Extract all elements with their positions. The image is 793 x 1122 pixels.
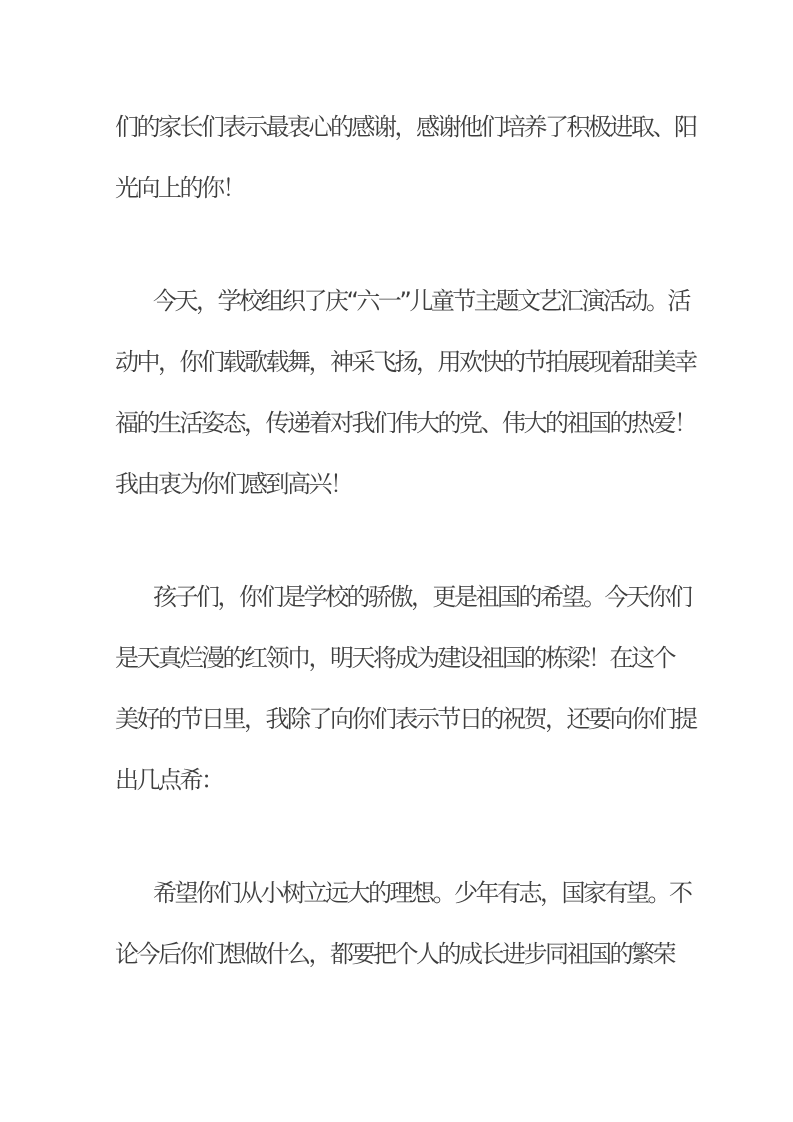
text-line: 是天真烂漫的红领巾，明天将成为建设祖国的栋梁！在这个 [115,628,713,689]
document-page: 们的家长们表示最衷心的感谢，感谢他们培养了积极进取、阳 光向上的你！ 今天，学校… [0,0,793,1122]
paragraph-2: 今天，学校组织了庆“六一”儿童节主题文艺汇演活动。活 动中，你们载歌载舞，神采飞… [115,271,713,515]
text-line: 论今后你们想做什么，都要把个人的成长进步同祖国的繁荣 [115,924,713,985]
paragraph-1: 们的家长们表示最衷心的感谢，感谢他们培养了积极进取、阳 光向上的你！ [115,97,713,219]
text-line: 美好的节日里，我除了向你们表示节日的祝贺，还要向你们提 [115,689,713,750]
text-line: 出几点希： [115,750,713,811]
paragraph-3: 孩子们，你们是学校的骄傲，更是祖国的希望。今天你们 是天真烂漫的红领巾，明天将成… [115,567,713,811]
paragraph-4: 希望你们从小树立远大的理想。少年有志，国家有望。不 论今后你们想做什么，都要把个… [115,863,713,985]
text-line: 希望你们从小树立远大的理想。少年有志，国家有望。不 [115,863,713,924]
text-line: 孩子们，你们是学校的骄傲，更是祖国的希望。今天你们 [115,567,713,628]
document-body: 们的家长们表示最衷心的感谢，感谢他们培养了积极进取、阳 光向上的你！ 今天，学校… [0,0,793,985]
text-line: 今天，学校组织了庆“六一”儿童节主题文艺汇演活动。活 [115,271,713,332]
text-line: 动中，你们载歌载舞，神采飞扬，用欢快的节拍展现着甜美幸 [115,332,713,393]
text-line: 光向上的你！ [115,158,713,219]
text-line: 我由衷为你们感到高兴！ [115,454,713,515]
text-line: 福的生活姿态，传递着对我们伟大的党、伟大的祖国的热爱！ [115,393,713,454]
text-line: 们的家长们表示最衷心的感谢，感谢他们培养了积极进取、阳 [115,97,713,158]
